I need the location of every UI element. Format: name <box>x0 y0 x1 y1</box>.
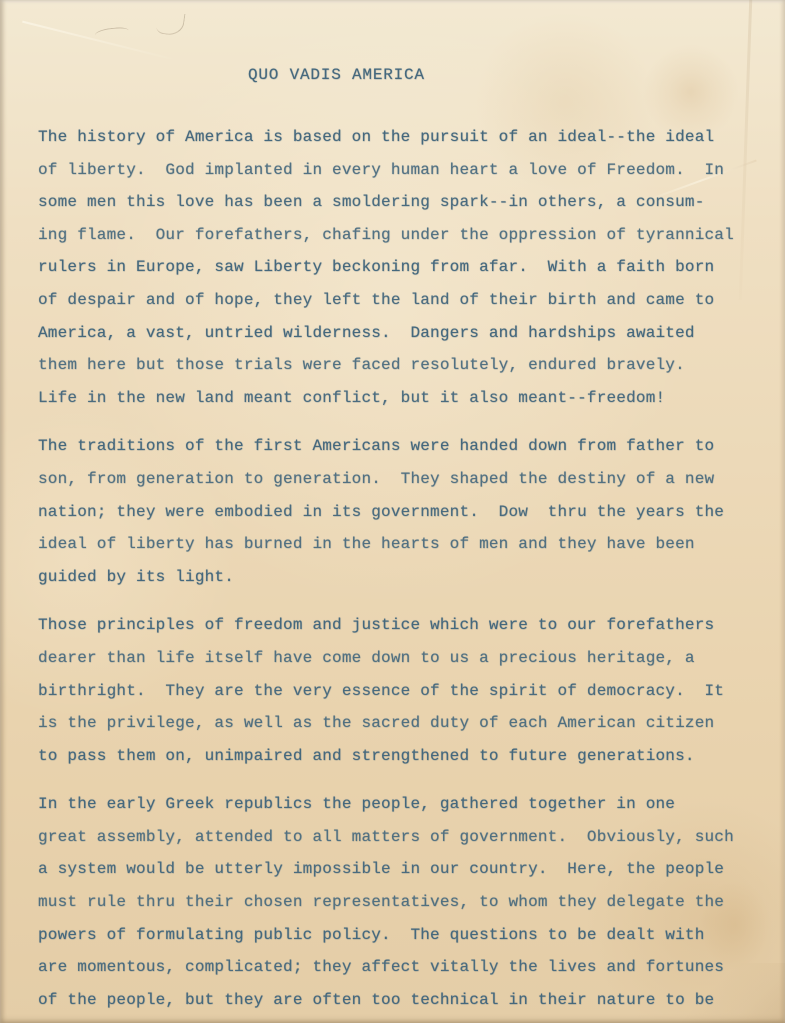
typed-line: nation; they were embodied in its govern… <box>38 496 768 529</box>
typed-line: of despair and of hope, they left the la… <box>38 284 768 317</box>
typed-line: to pass them on, unimpaired and strength… <box>38 740 768 773</box>
typed-line: is the privilege, as well as the sacred … <box>38 707 768 740</box>
paper-crease <box>22 21 178 62</box>
typed-line: them here but those trials were faced re… <box>38 349 768 382</box>
typed-line: guided by its light. <box>38 561 768 594</box>
typed-line: must rule thru their chosen representati… <box>38 886 768 919</box>
typed-line: In the early Greek republics the people,… <box>38 788 768 821</box>
paragraph-3: Those principles of freedom and justice … <box>38 609 768 772</box>
typed-line: Those principles of freedom and justice … <box>38 609 768 642</box>
pencil-scribble-mark <box>95 18 200 40</box>
paragraph-1: The history of America is based on the p… <box>38 121 768 414</box>
document-body: The history of America is based on the p… <box>38 121 768 1016</box>
typed-line: The traditions of the first Americans we… <box>38 430 768 463</box>
typed-line: of liberty. God implanted in every human… <box>38 154 768 187</box>
paragraph-2: The traditions of the first Americans we… <box>38 430 768 593</box>
typed-line: of the people, but they are often too te… <box>38 984 768 1017</box>
typed-line: great assembly, attended to all matters … <box>38 821 768 854</box>
pencil-stroke-icon <box>156 10 186 37</box>
typed-line: son, from generation to generation. They… <box>38 463 768 496</box>
pencil-stroke-icon <box>95 26 130 40</box>
typed-line: are momentous, complicated; they affect … <box>38 951 768 984</box>
paragraph-4: In the early Greek republics the people,… <box>38 788 768 1016</box>
typed-line: some men this love has been a smoldering… <box>38 186 768 219</box>
typed-line: rulers in Europe, saw Liberty beckoning … <box>38 251 768 284</box>
typed-line: America, a vast, untried wilderness. Dan… <box>38 317 768 350</box>
typed-line: Life in the new land meant conflict, but… <box>38 382 768 415</box>
typed-line: ing flame. Our forefathers, chafing unde… <box>38 219 768 252</box>
typed-line: The history of America is based on the p… <box>38 121 768 154</box>
typed-line: ideal of liberty has burned in the heart… <box>38 528 768 561</box>
document-title: QUO VADIS AMERICA <box>248 66 425 84</box>
typed-line: powers of formulating public policy. The… <box>38 919 768 952</box>
typewritten-page: QUO VADIS AMERICA The history of America… <box>0 0 785 1023</box>
typed-line: a system would be utterly impossible in … <box>38 853 768 886</box>
typed-line: birthright. They are the very essence of… <box>38 675 768 708</box>
typed-line: dearer than life itself have come down t… <box>38 642 768 675</box>
